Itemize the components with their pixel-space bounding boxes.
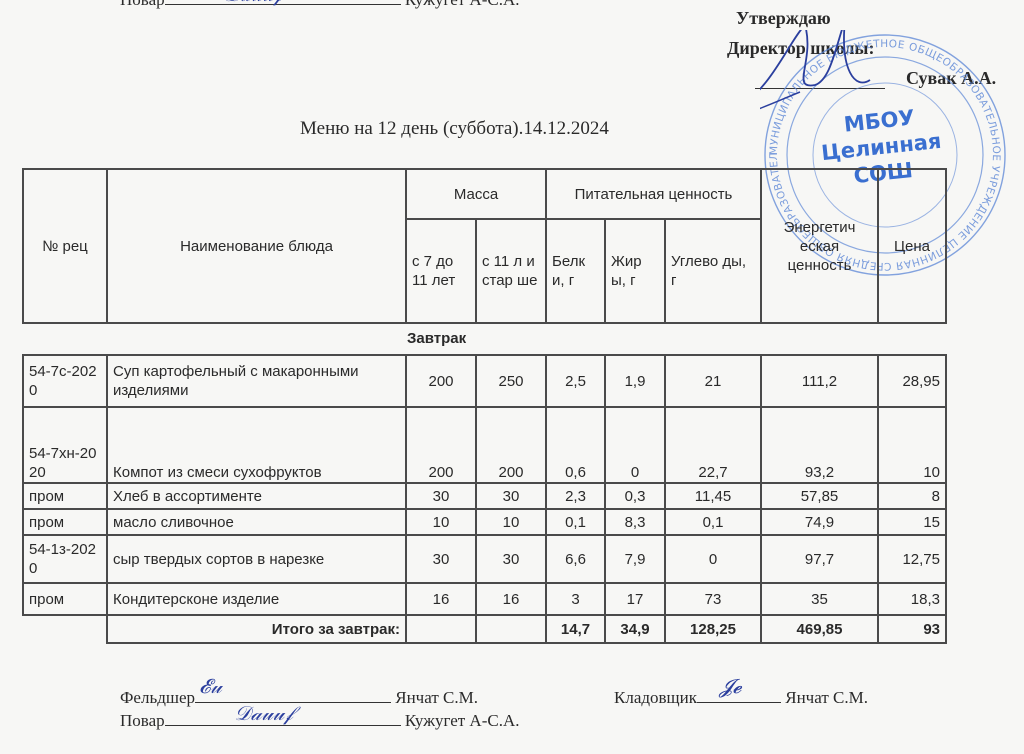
cell-carbs: 21 [665, 355, 761, 407]
total-row: Итого за завтрак: 14,7 34,9 128,25 469,8… [23, 615, 946, 643]
cell-mass-7-11: 200 [406, 407, 476, 483]
handwritten-signature: 𝓙𝓮 [719, 674, 742, 698]
signature-line: 𝒟𝒶𝓊𝓊𝒻 [165, 711, 401, 726]
cell-energy: 93,2 [761, 407, 878, 483]
cell-mass-7-11: 10 [406, 509, 476, 535]
header-price: Цена [878, 169, 946, 323]
cell-price: 28,95 [878, 355, 946, 407]
header-nutrition: Питательная ценность [546, 169, 761, 219]
total-empty [23, 615, 107, 643]
header-carbs: Углево ды, г [665, 219, 761, 323]
header-mass: Масса [406, 169, 546, 219]
cell-energy: 74,9 [761, 509, 878, 535]
cell-mass-7-11: 30 [406, 483, 476, 509]
header-rec-no: № рец [23, 169, 107, 323]
cell-dish-name: сыр твердых сортов в нарезке [107, 535, 406, 583]
cell-energy: 97,7 [761, 535, 878, 583]
total-energy: 469,85 [761, 615, 878, 643]
cell-rec-no: пром [23, 583, 107, 615]
cell-price: 8 [878, 483, 946, 509]
director-label: Директор школы: [727, 38, 874, 59]
storekeeper-role: Кладовщик [614, 688, 697, 707]
header-energy: Энергетич еская ценность [761, 169, 878, 323]
cell-dish-name: Кондитерсконе изделие [107, 583, 406, 615]
cell-mass-11-plus: 10 [476, 509, 546, 535]
cell-fat: 17 [605, 583, 665, 615]
cell-dish-name: Компот из смеси сухофруктов [107, 407, 406, 483]
cook-name: Кужугет А-С.А. [405, 711, 520, 730]
cell-carbs: 0 [665, 535, 761, 583]
header-dish-name: Наименование блюда [107, 169, 406, 323]
cell-mass-11-plus: 250 [476, 355, 546, 407]
handwritten-signature: 𝒟𝒶𝓊𝓊𝒻 [235, 701, 293, 725]
cell-mass-7-11: 200 [406, 355, 476, 407]
total-mass-11-plus [476, 615, 546, 643]
header-protein: Белк и, г [546, 219, 605, 323]
cell-mass-7-11: 16 [406, 583, 476, 615]
cell-protein: 2,3 [546, 483, 605, 509]
feldsher-role: Фельдшер [120, 688, 195, 707]
feldsher-name: Янчат С.М. [395, 688, 478, 707]
total-protein: 14,7 [546, 615, 605, 643]
cell-mass-7-11: 30 [406, 535, 476, 583]
svg-text:Целинная: Целинная [820, 129, 942, 165]
cell-energy: 111,2 [761, 355, 878, 407]
cell-fat: 0 [605, 407, 665, 483]
cell-fat: 8,3 [605, 509, 665, 535]
cell-carbs: 0,1 [665, 509, 761, 535]
table-row: промХлеб в ассортименте30302,30,311,4557… [23, 483, 946, 509]
cell-fat: 7,9 [605, 535, 665, 583]
signature-line: 𝒟𝒶𝓊𝓊𝒻 [165, 0, 401, 5]
handwritten-signature: 𝒟𝒶𝓊𝓊𝒻 [225, 0, 283, 6]
cell-rec-no: пром [23, 483, 107, 509]
cell-protein: 0,6 [546, 407, 605, 483]
feldsher-signature: Фельдшер𝓔𝓊 Янчат С.М. [120, 688, 478, 708]
handwritten-signature: 𝓔𝓊 [199, 674, 222, 698]
header-mass-7-11: с 7 до 11 лет [406, 219, 476, 323]
cook-signature-top: Повар𝒟𝒶𝓊𝓊𝒻 Кужугет А-С.А. [120, 0, 519, 10]
cell-price: 15 [878, 509, 946, 535]
total-carbs: 128,25 [665, 615, 761, 643]
total-price: 93 [878, 615, 946, 643]
cell-fat: 1,9 [605, 355, 665, 407]
total-fat: 34,9 [605, 615, 665, 643]
director-signature-line [755, 88, 885, 89]
cell-rec-no: 54-7хн-2020 [23, 407, 107, 483]
cook-role-top: Повар [120, 0, 165, 9]
cell-mass-11-plus: 30 [476, 535, 546, 583]
cook-signature: Повар𝒟𝒶𝓊𝓊𝒻 Кужугет А-С.А. [120, 711, 519, 731]
svg-text:МБОУ: МБОУ [843, 105, 916, 136]
director-name: Сувак А.А. [906, 68, 996, 89]
cell-price: 12,75 [878, 535, 946, 583]
storekeeper-signature: Кладовщик𝓙𝓮 Янчат С.М. [614, 688, 868, 708]
storekeeper-name: Янчат С.М. [785, 688, 868, 707]
cell-dish-name: Хлеб в ассортименте [107, 483, 406, 509]
cell-price: 10 [878, 407, 946, 483]
cell-carbs: 22,7 [665, 407, 761, 483]
signature-line: 𝓙𝓮 [697, 688, 781, 703]
section-breakfast: Завтрак [407, 330, 466, 347]
table-row: 54-7хн-2020Компот из смеси сухофруктов20… [23, 407, 946, 483]
total-label: Итого за завтрак: [107, 615, 406, 643]
cell-mass-11-plus: 16 [476, 583, 546, 615]
table-row: промКондитерсконе изделие1616317733518,3 [23, 583, 946, 615]
header-mass-11-plus: с 11 л и стар ше [476, 219, 546, 323]
cook-name-top: Кужугет А-С.А. [405, 0, 520, 9]
menu-table: 54-7с-2020Суп картофельный с макаронными… [22, 354, 947, 644]
cell-energy: 35 [761, 583, 878, 615]
cell-protein: 6,6 [546, 535, 605, 583]
cell-mass-11-plus: 200 [476, 407, 546, 483]
header-fat: Жир ы, г [605, 219, 665, 323]
cell-rec-no: пром [23, 509, 107, 535]
cell-mass-11-plus: 30 [476, 483, 546, 509]
cell-rec-no: 54-1з-2020 [23, 535, 107, 583]
cell-protein: 3 [546, 583, 605, 615]
cell-protein: 2,5 [546, 355, 605, 407]
cell-dish-name: масло сливочное [107, 509, 406, 535]
cell-protein: 0,1 [546, 509, 605, 535]
page-title: Меню на 12 день (суббота).14.12.2024 [300, 118, 609, 140]
table-row: проммасло сливочное10100,18,30,174,915 [23, 509, 946, 535]
menu-table-header: № рец Наименование блюда Масса Питательн… [22, 168, 947, 324]
cell-rec-no: 54-7с-2020 [23, 355, 107, 407]
cell-fat: 0,3 [605, 483, 665, 509]
cook-role: Повар [120, 711, 165, 730]
cell-carbs: 73 [665, 583, 761, 615]
total-mass-7-11 [406, 615, 476, 643]
cell-carbs: 11,45 [665, 483, 761, 509]
cell-energy: 57,85 [761, 483, 878, 509]
cell-price: 18,3 [878, 583, 946, 615]
cell-dish-name: Суп картофельный с макаронными изделиями [107, 355, 406, 407]
table-row: 54-1з-2020сыр твердых сортов в нарезке30… [23, 535, 946, 583]
table-row: 54-7с-2020Суп картофельный с макаронными… [23, 355, 946, 407]
approval-label: Утверждаю [736, 8, 831, 29]
